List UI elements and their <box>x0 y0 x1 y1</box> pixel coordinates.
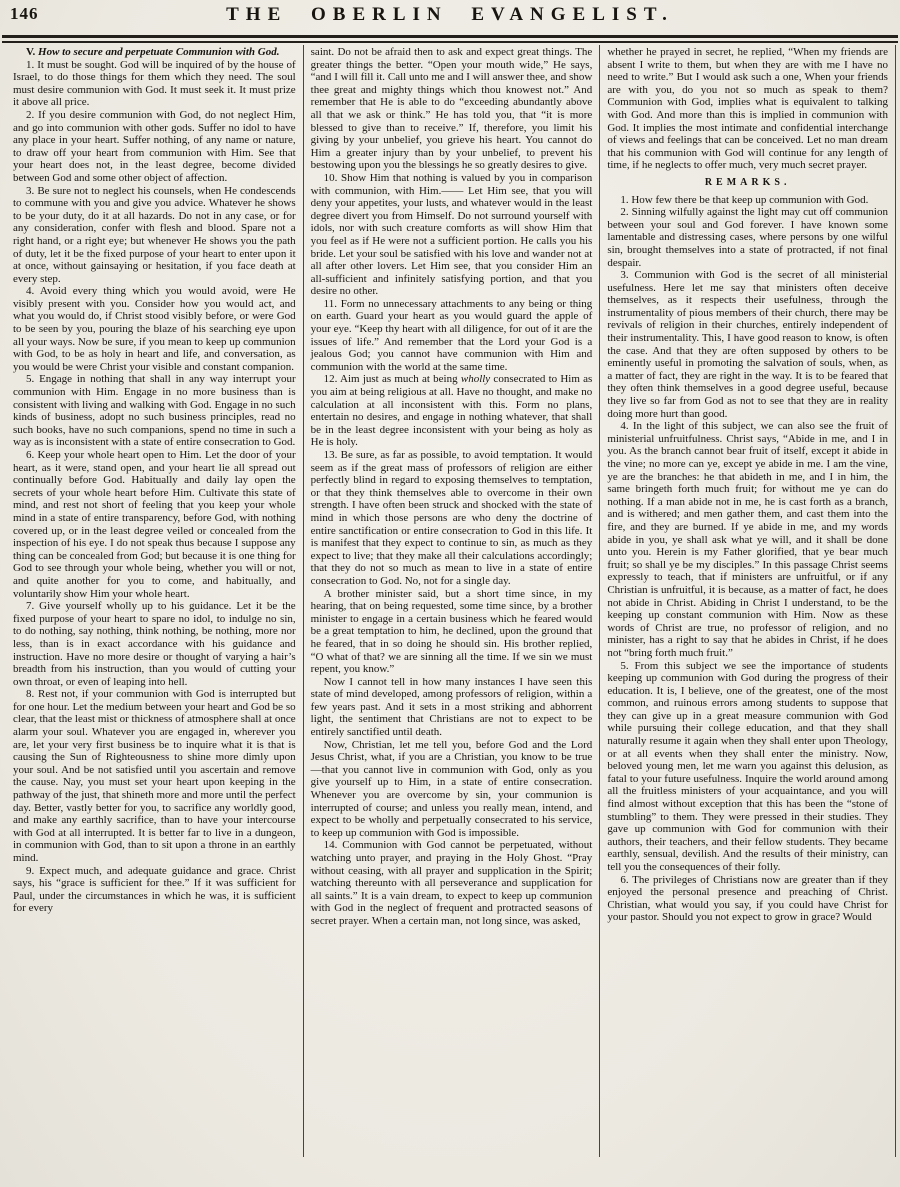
column-1: V. How to secure and perpetuate Communio… <box>6 45 303 1157</box>
paragraph: 14. Communion with God cannot be perpetu… <box>311 839 593 927</box>
article-section-heading: V. How to secure and perpetuate Communio… <box>13 46 296 59</box>
paragraph: Now I cannot tell in how many instances … <box>311 676 593 739</box>
column-2: saint. Do not be afraid then to ask and … <box>303 45 600 1157</box>
paragraph: 13. Be sure, as far as possible, to avoi… <box>311 449 593 588</box>
paragraph: 6. Keep your whole heart open to Him. Le… <box>13 449 296 600</box>
paragraph: 8. Rest not, if your communion with God … <box>13 688 296 864</box>
paragraph: A brother minister said, but a short tim… <box>311 588 593 676</box>
paragraph: 7. Give yourself wholly up to his guidan… <box>13 600 296 688</box>
paragraph: saint. Do not be afraid then to ask and … <box>311 46 593 172</box>
paragraph: 1. It must be sought. God will be inquir… <box>13 59 296 109</box>
paragraph: 10. Show Him that nothing is valued by y… <box>311 172 593 298</box>
paragraph: 9. Expect much, and adequate guidance an… <box>13 865 296 915</box>
newspaper-page: 146 THE OBERLIN EVANGELIST. V. How to se… <box>0 0 900 1187</box>
paragraph: 2. If you desire communion with God, do … <box>13 109 296 185</box>
paragraph: whether he prayed in secret, he replied,… <box>607 46 888 172</box>
paragraph: 6. The privileges of Christians now are … <box>607 874 888 924</box>
header-double-rule <box>2 35 898 43</box>
paragraph: 5. From this subject we see the importan… <box>607 660 888 874</box>
paragraph: Now, Christian, let me tell you, before … <box>311 739 593 840</box>
article-columns: V. How to secure and perpetuate Communio… <box>6 45 896 1157</box>
remarks-heading: REMARKS. <box>607 177 888 190</box>
paragraph: 1. How few there be that keep up communi… <box>607 194 888 207</box>
paragraph: 3. Communion with God is the secret of a… <box>607 269 888 420</box>
paragraph: 5. Engage in nothing that shall in any w… <box>13 373 296 449</box>
paragraph: 12. Aim just as much at being wholly con… <box>311 373 593 449</box>
paragraph: 3. Be sure not to neglect his counsels, … <box>13 185 296 286</box>
page-number: 146 <box>10 4 39 24</box>
column-3: whether he prayed in secret, he replied,… <box>599 45 896 1157</box>
paragraph: 4. In the light of this subject, we can … <box>607 420 888 659</box>
paragraph: 2. Sinning wilfully against the light ma… <box>607 206 888 269</box>
masthead-title: THE OBERLIN EVANGELIST. <box>0 4 900 26</box>
page-header: 146 THE OBERLIN EVANGELIST. <box>0 0 900 34</box>
paragraph: 4. Avoid every thing which you would avo… <box>13 285 296 373</box>
paragraph: 11. Form no unnecessary attachments to a… <box>311 298 593 374</box>
